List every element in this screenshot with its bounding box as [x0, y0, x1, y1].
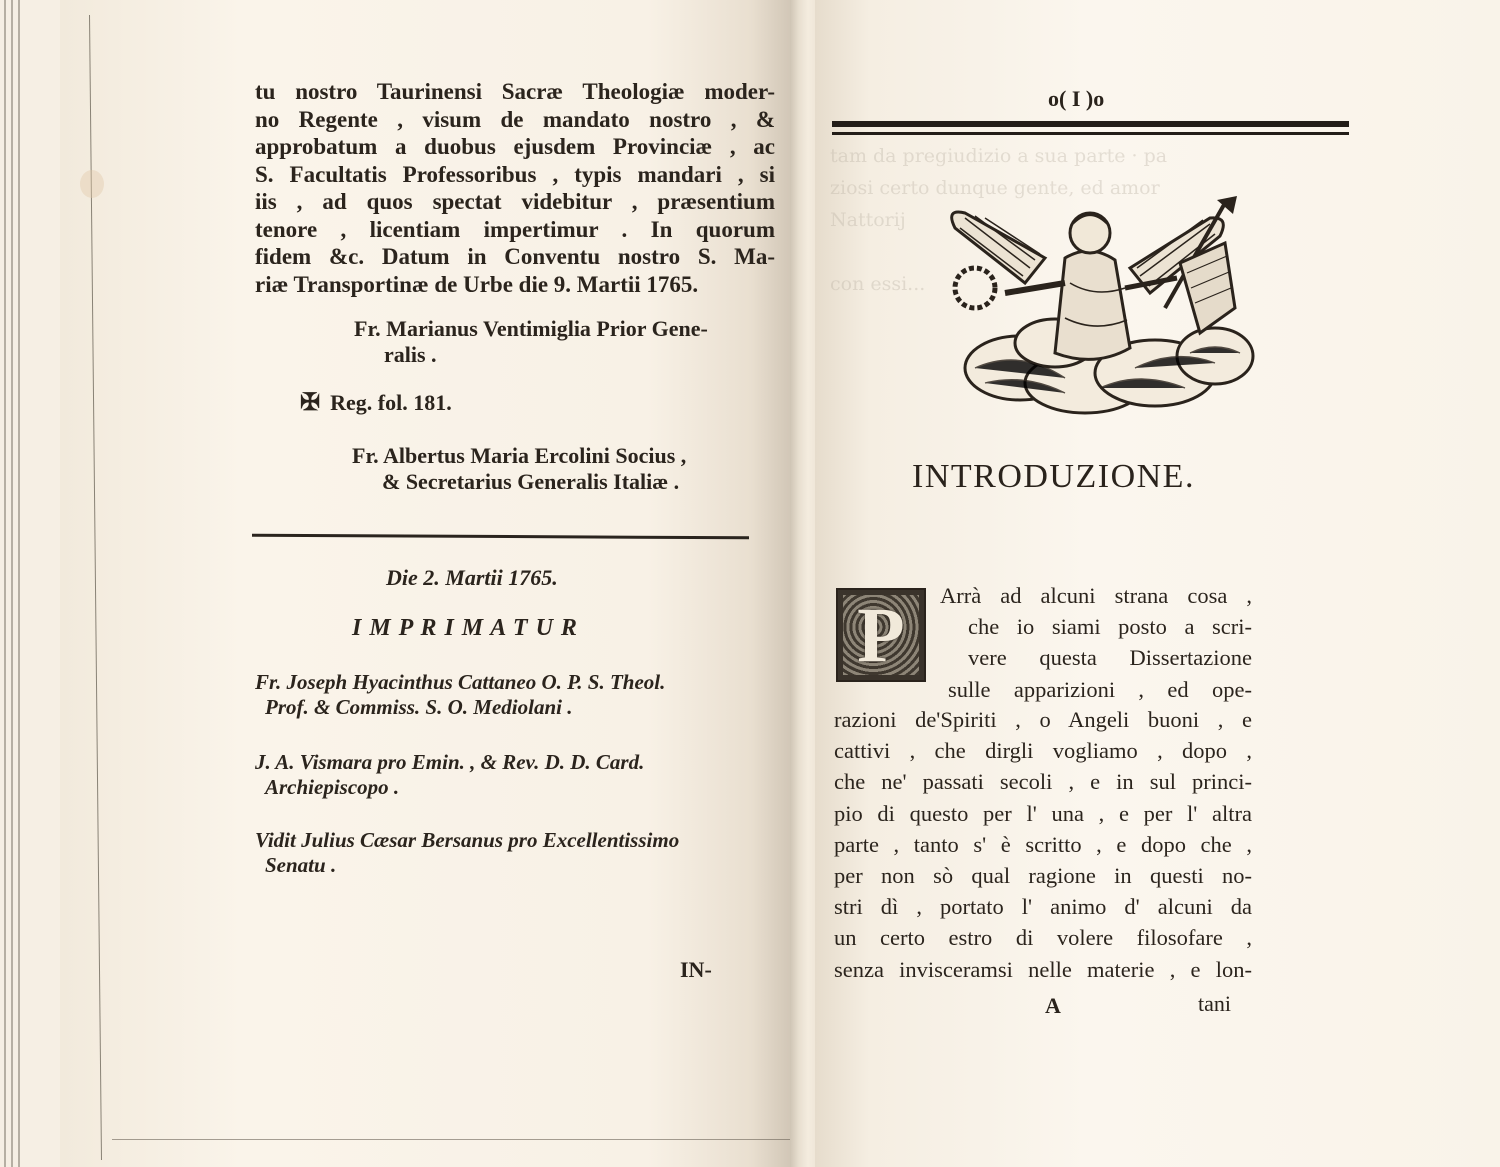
- signature-line: & Secretarius Generalis Italiæ .: [352, 469, 686, 495]
- approval-line: Fr. Joseph Hyacinthus Cattaneo O. P. S. …: [255, 670, 665, 695]
- text-line: tu nostro Taurinensi Sacræ Theologiæ mod…: [255, 78, 775, 106]
- text-line: razioni de'Spiriti , o Angeli buoni , e: [834, 704, 1252, 735]
- page-edge: [4, 0, 6, 1167]
- text-line: approbatum a duobus ejusdem Provinciæ , …: [255, 133, 775, 161]
- drop-cap-letter: P: [838, 590, 924, 680]
- license-paragraph: tu nostro Taurinensi Sacræ Theologiæ mod…: [255, 78, 775, 298]
- text-line: che ne' passati secoli , e in sul princi…: [834, 766, 1252, 797]
- text-line: iis , ad quos spectat videbitur , præsen…: [255, 188, 775, 216]
- text-line: cattivi , che dirgli vogliamo , dopo ,: [834, 735, 1252, 766]
- text-line: vere questa Dissertazione: [940, 642, 1252, 673]
- text-line: no Regente , visum de mandato nostro , &: [255, 106, 775, 134]
- signature-mark: A: [1045, 993, 1061, 1019]
- introduction-paragraph: razioni de'Spiriti , o Angeli buoni , e …: [834, 704, 1252, 985]
- header-double-rule: [832, 132, 1349, 135]
- signature-secretary: Fr. Albertus Maria Ercolini Socius , & S…: [352, 443, 686, 495]
- text-line: S. Facultatis Professoribus , typis mand…: [255, 161, 775, 189]
- foxing-stain: [80, 170, 104, 198]
- text-line: stri dì , portato l' animo d' alcuni da: [834, 891, 1252, 922]
- approval-bersanus: Vidit Julius Cæsar Bersanus pro Excellen…: [255, 828, 679, 878]
- approval-vismara: J. A. Vismara pro Emin. , & Rev. D. D. C…: [255, 750, 644, 800]
- approval-cattaneo: Fr. Joseph Hyacinthus Cattaneo O. P. S. …: [255, 670, 665, 720]
- page-number: o( I )o: [1048, 86, 1104, 112]
- approval-line: Senatu .: [255, 853, 679, 878]
- text-line: un certo estro di volere filosofare ,: [834, 922, 1252, 953]
- text-line: riæ Transportinæ de Urbe die 9. Martii 1…: [255, 271, 775, 299]
- header-double-rule: [832, 121, 1349, 127]
- approval-line: J. A. Vismara pro Emin. , & Rev. D. D. C…: [255, 750, 644, 775]
- text-line: fidem &c. Datum in Conventu nostro S. Ma…: [255, 243, 775, 271]
- text-line: pio di questo per l' una , e per l' altr…: [834, 798, 1252, 829]
- imprimatur-heading: I M P R I M A T U R: [352, 615, 578, 642]
- text-line: tenore , licentiam impertimur . In quoru…: [255, 216, 775, 244]
- page-edge: [18, 0, 20, 1167]
- drop-cap-initial: P: [836, 588, 926, 682]
- signature-line: Fr. Marianus Ventimiglia Prior Gene-: [354, 316, 708, 342]
- cross-pattee-icon: ✠: [300, 390, 320, 416]
- text-line: senza invisceramsi nelle materie , e lon…: [834, 954, 1252, 985]
- page-edge: [11, 0, 13, 1167]
- approval-line: Prof. & Commiss. S. O. Mediolani .: [255, 695, 665, 720]
- catchword: IN-: [680, 957, 712, 983]
- dropcap-paragraph-lines: Arrà ad alcuni strana cosa , che io siam…: [940, 580, 1252, 705]
- signature-line: ralis .: [354, 342, 708, 368]
- section-heading: INTRODUZIONE.: [912, 458, 1195, 496]
- approval-line: Vidit Julius Cæsar Bersanus pro Excellen…: [255, 828, 679, 853]
- signature-prior-general: Fr. Marianus Ventimiglia Prior Gene- ral…: [354, 316, 708, 368]
- text-line: parte , tanto s' è scritto , e dopo che …: [834, 829, 1252, 860]
- page-bottom-edge: [112, 1139, 792, 1140]
- imprimatur-date: Die 2. Martii 1765.: [386, 565, 558, 591]
- text-line: che io siami posto a scri-: [940, 611, 1252, 642]
- approval-line: Archiepiscopo .: [255, 775, 644, 800]
- register-text: Reg. fol. 181.: [330, 390, 452, 415]
- signature-line: Fr. Albertus Maria Ercolini Socius ,: [352, 443, 686, 469]
- register-entry: ✠Reg. fol. 181.: [300, 390, 452, 416]
- book-spread: tam da pregiudizio a sua parte · paziosi…: [0, 0, 1500, 1167]
- catchword: tani: [1198, 991, 1231, 1017]
- text-line: per non sò qual ragione in questi no-: [834, 860, 1252, 891]
- text-line: sulle apparizioni , ed ope-: [940, 674, 1252, 705]
- fame-angel-woodcut-icon: [925, 188, 1265, 420]
- text-line: Arrà ad alcuni strana cosa ,: [940, 580, 1252, 611]
